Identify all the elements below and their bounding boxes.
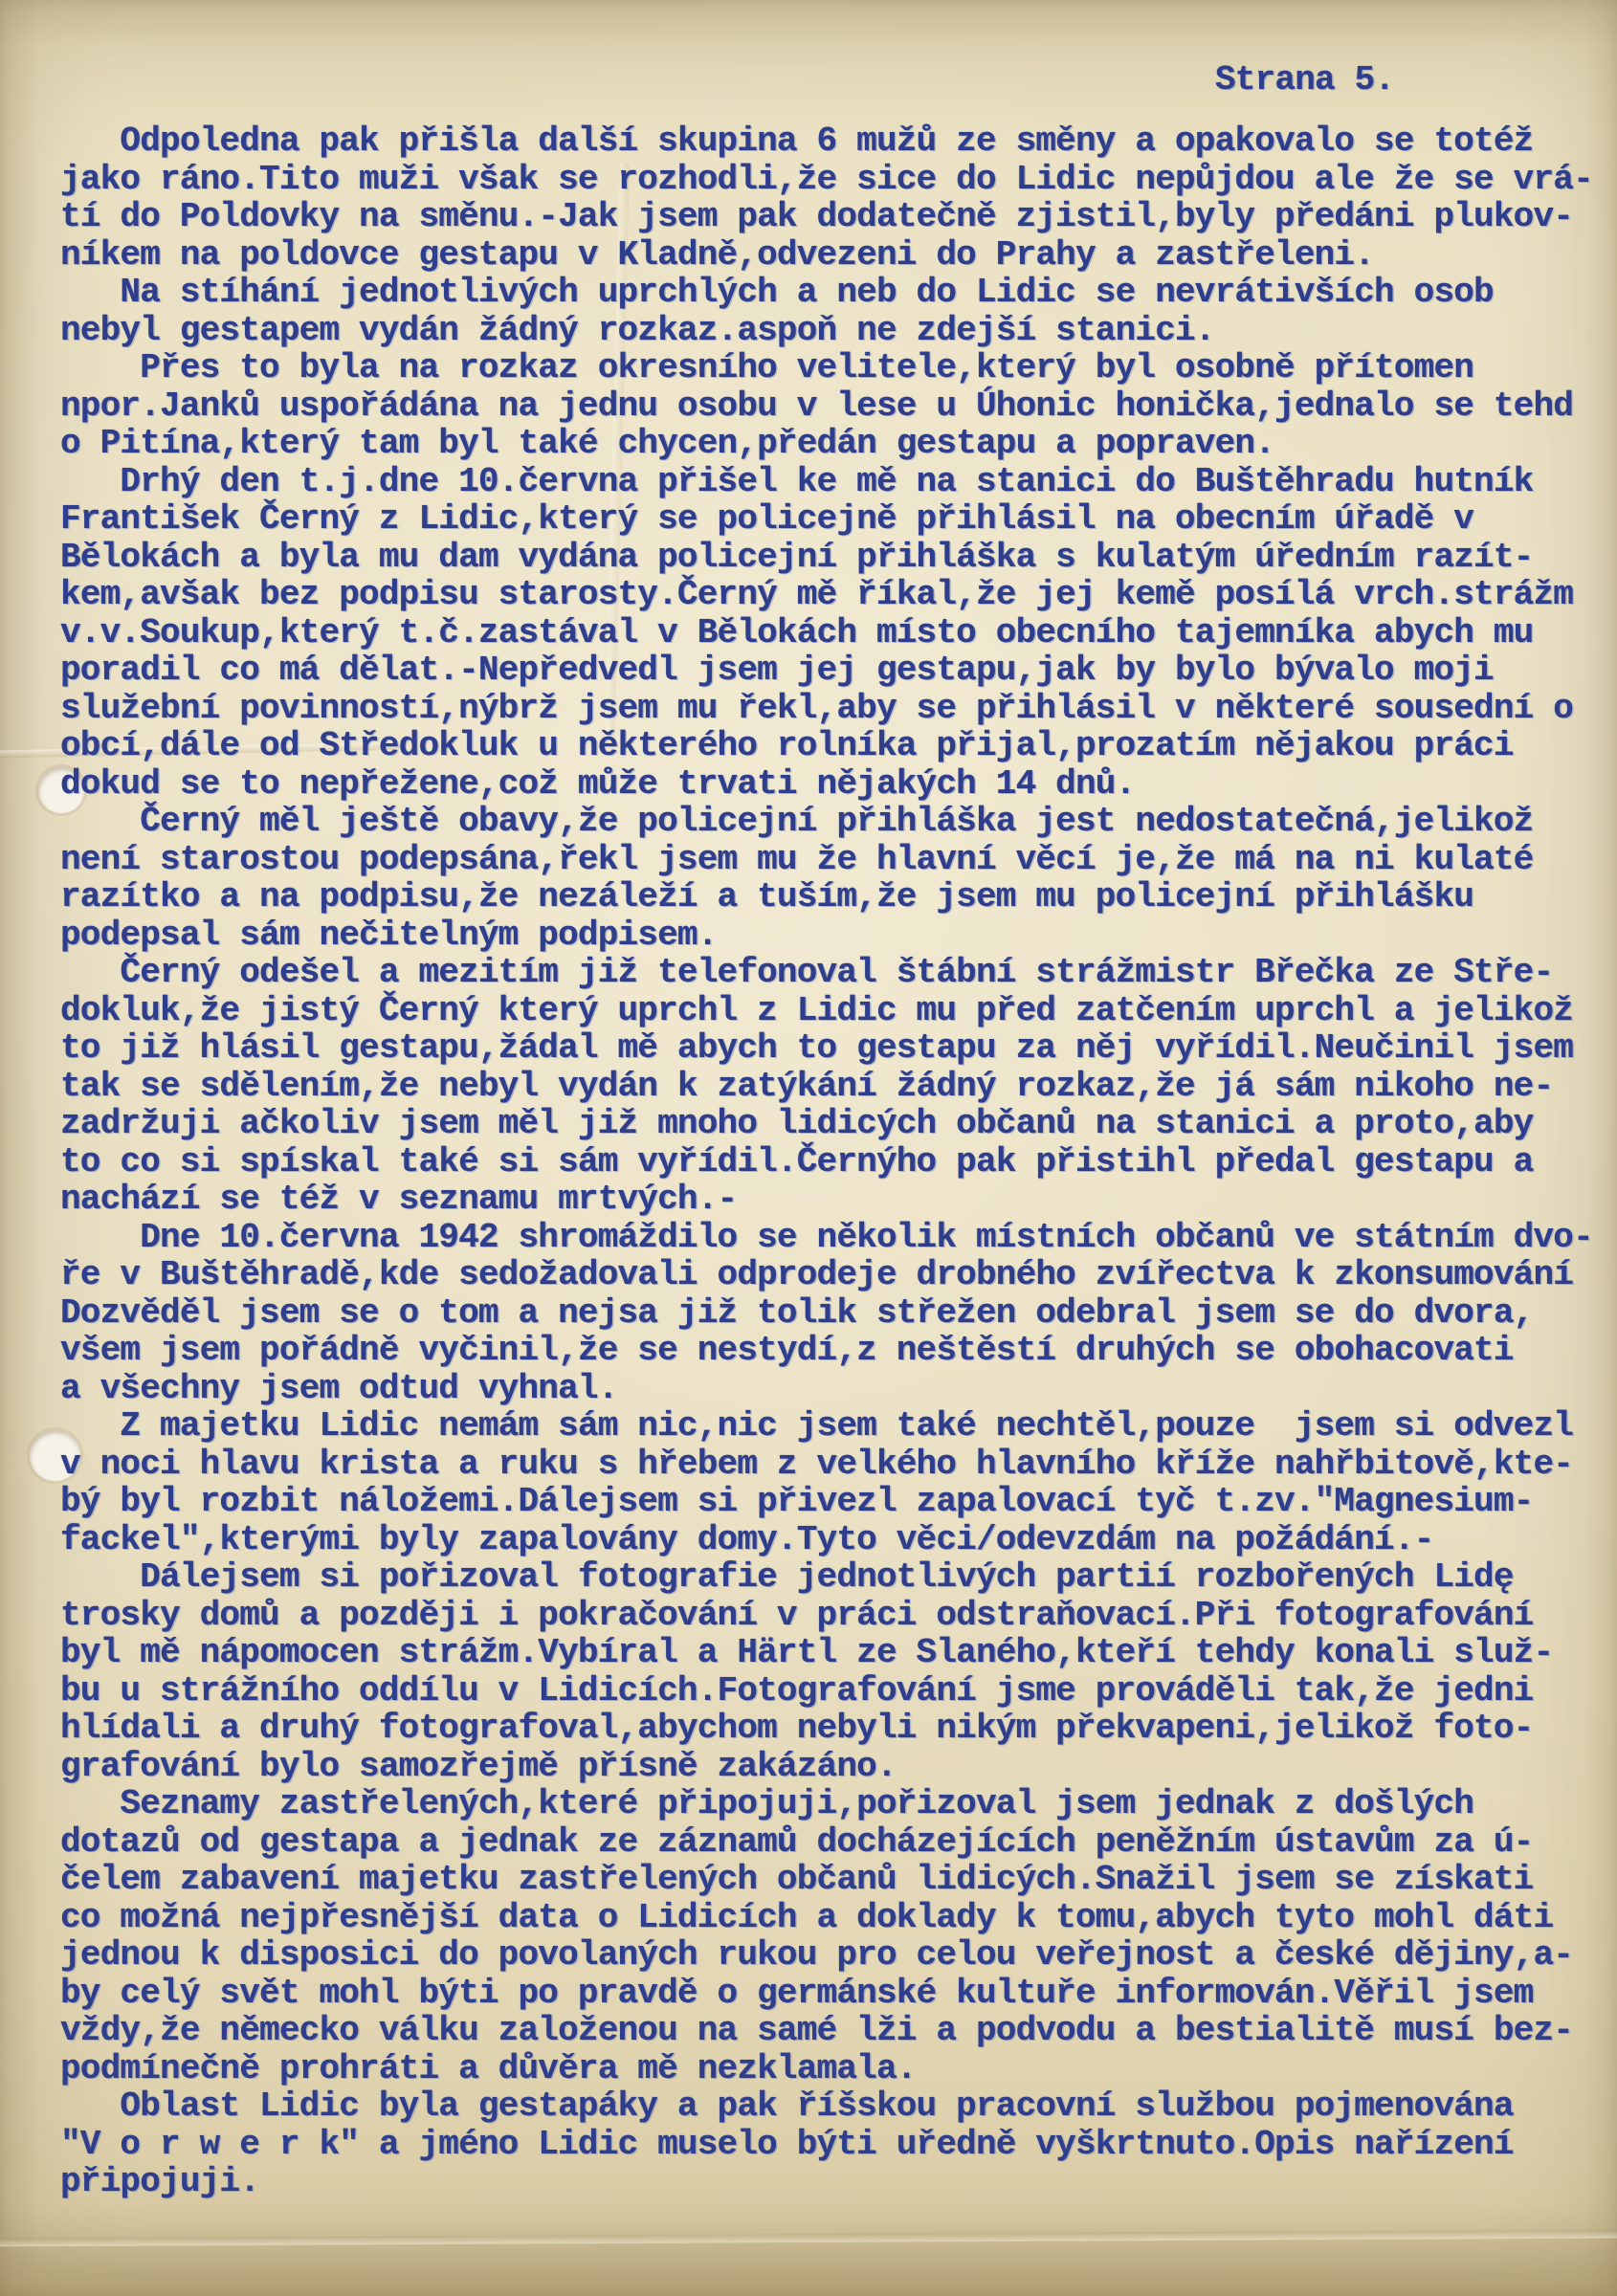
text-line: čelem zabavení majetku zastřelených obča… (60, 1861, 1617, 1899)
text-line: Odpoledna pak přišla další skupina 6 muž… (60, 122, 1617, 161)
text-line: jednou k disposici do povolaných rukou p… (60, 1936, 1617, 1975)
text-line: František Černý z Lidic,který se policej… (60, 500, 1617, 539)
paper-crease (0, 2230, 1617, 2247)
page-number: Strana 5. (1215, 61, 1394, 99)
text-line: Seznamy zastřelených,které připojuji,poř… (60, 1785, 1617, 1823)
text-line: podepsal sám nečitelným podpisem. (60, 916, 1617, 955)
text-line: byl mě nápomocen strážm.Vybíral a Härtl … (60, 1634, 1617, 1672)
text-line: dokud se to nepřežene,což může trvati ně… (60, 765, 1617, 804)
text-line: Na stíhání jednotlivých uprchlých a neb … (60, 274, 1617, 312)
text-line: jako ráno.Tito muži však se rozhodli,že … (60, 161, 1617, 199)
text-line: služební povinností,nýbrž jsem mu řekl,a… (60, 690, 1617, 728)
text-line: co možná nejpřesnější data o Lidicích a … (60, 1899, 1617, 1937)
text-line: Přes to byla na rozkaz okresního velitel… (60, 349, 1617, 387)
text-line: dotazů od gestapa a jednak ze záznamů do… (60, 1823, 1617, 1862)
text-line: kem,avšak bez podpisu starosty.Černý mě … (60, 576, 1617, 614)
text-line: dokluk,že jistý Černý který uprchl z Lid… (60, 992, 1617, 1030)
text-line: o Pitína,který tam byl také chycen,předá… (60, 425, 1617, 463)
text-line: tak se sdělením,že nebyl vydán k zatýkán… (60, 1068, 1617, 1106)
text-line: poradil co má dělat.-Nepředvedl jsem jej… (60, 651, 1617, 690)
text-line: bý byl rozbit náložemi.Dálejsem si přive… (60, 1483, 1617, 1521)
text-line: hlídali a druhý fotografoval,abychom neb… (60, 1710, 1617, 1748)
text-line: Z majetku Lidic nemám sám nic,nic jsem t… (60, 1407, 1617, 1446)
text-line: razítko a na podpisu,že nezáleží a tuším… (60, 878, 1617, 916)
text-line: obcí,dále od Středokluk u některého roln… (60, 727, 1617, 765)
text-line: připojuji. (60, 2163, 1617, 2201)
text-line: podmínečně prohráti a důvěra mě nezklama… (60, 2050, 1617, 2088)
text-line: "V o r w e r k" a jméno Lidic muselo být… (60, 2126, 1617, 2164)
text-line: nebyl gestapem vydán žádný rozkaz.aspoň … (60, 312, 1617, 350)
text-line: Černý odešel a mezitím již telefonoval š… (60, 954, 1617, 992)
text-line: zadržuji ačkoliv jsem měl již mnoho lidi… (60, 1105, 1617, 1143)
text-line: Drhý den t.j.dne 10.června přišel ke mě … (60, 463, 1617, 501)
text-line: Dozvěděl jsem se o tom a nejsa již tolik… (60, 1294, 1617, 1333)
text-line: Černý měl ještě obavy,že policejní přihl… (60, 803, 1617, 841)
typewritten-body-text: Odpoledna pak přišla další skupina 6 muž… (60, 122, 1617, 2201)
text-line: Dálejsem si pořizoval fotografie jednotl… (60, 1558, 1617, 1597)
text-line: fackel",kterými byly zapalovány domy.Tyt… (60, 1521, 1617, 1559)
text-line: Dne 10.června 1942 shromáždilo se několi… (60, 1219, 1617, 1257)
text-line: to již hlásil gestapu,žádal mě abych to … (60, 1029, 1617, 1068)
text-line: tí do Poldovky na směnu.-Jak jsem pak do… (60, 198, 1617, 236)
text-line: nachází se též v seznamu mrtvých.- (60, 1181, 1617, 1219)
text-line: není starostou podepsána,řekl jsem mu že… (60, 841, 1617, 879)
text-line: bu u strážního oddílu v Lidicích.Fotogra… (60, 1672, 1617, 1711)
text-line: vždy,že německo válku založenou na samé … (60, 2012, 1617, 2050)
text-line: by celý svět mohl býti po pravdě o germá… (60, 1975, 1617, 2013)
text-line: trosky domů a později i pokračování v pr… (60, 1597, 1617, 1635)
text-line: Oblast Lidic byla gestapáky a pak říšsko… (60, 2087, 1617, 2126)
text-line: ře v Buštěhradě,kde sedožadovali odprode… (60, 1256, 1617, 1294)
text-line: Bělokách a byla mu dam vydána policejní … (60, 539, 1617, 577)
text-line: v.v.Soukup,který t.č.zastával v Bělokách… (60, 614, 1617, 652)
text-line: npor.Janků uspořádána na jednu osobu v l… (60, 387, 1617, 426)
text-line: a všechny jsem odtud vyhnal. (60, 1370, 1617, 1408)
text-line: v noci hlavu krista a ruku s hřebem z ve… (60, 1446, 1617, 1484)
text-line: všem jsem pořádně vyčinil,že se nestydí,… (60, 1332, 1617, 1370)
scanned-document-page: Strana 5. Odpoledna pak přišla další sku… (0, 0, 1617, 2296)
text-line: to co si spískal také si sám vyřídil.Čer… (60, 1143, 1617, 1181)
text-line: grafování bylo samozřejmě přísně zakázán… (60, 1748, 1617, 1786)
text-line: níkem na poldovce gestapu v Kladně,odvez… (60, 236, 1617, 275)
